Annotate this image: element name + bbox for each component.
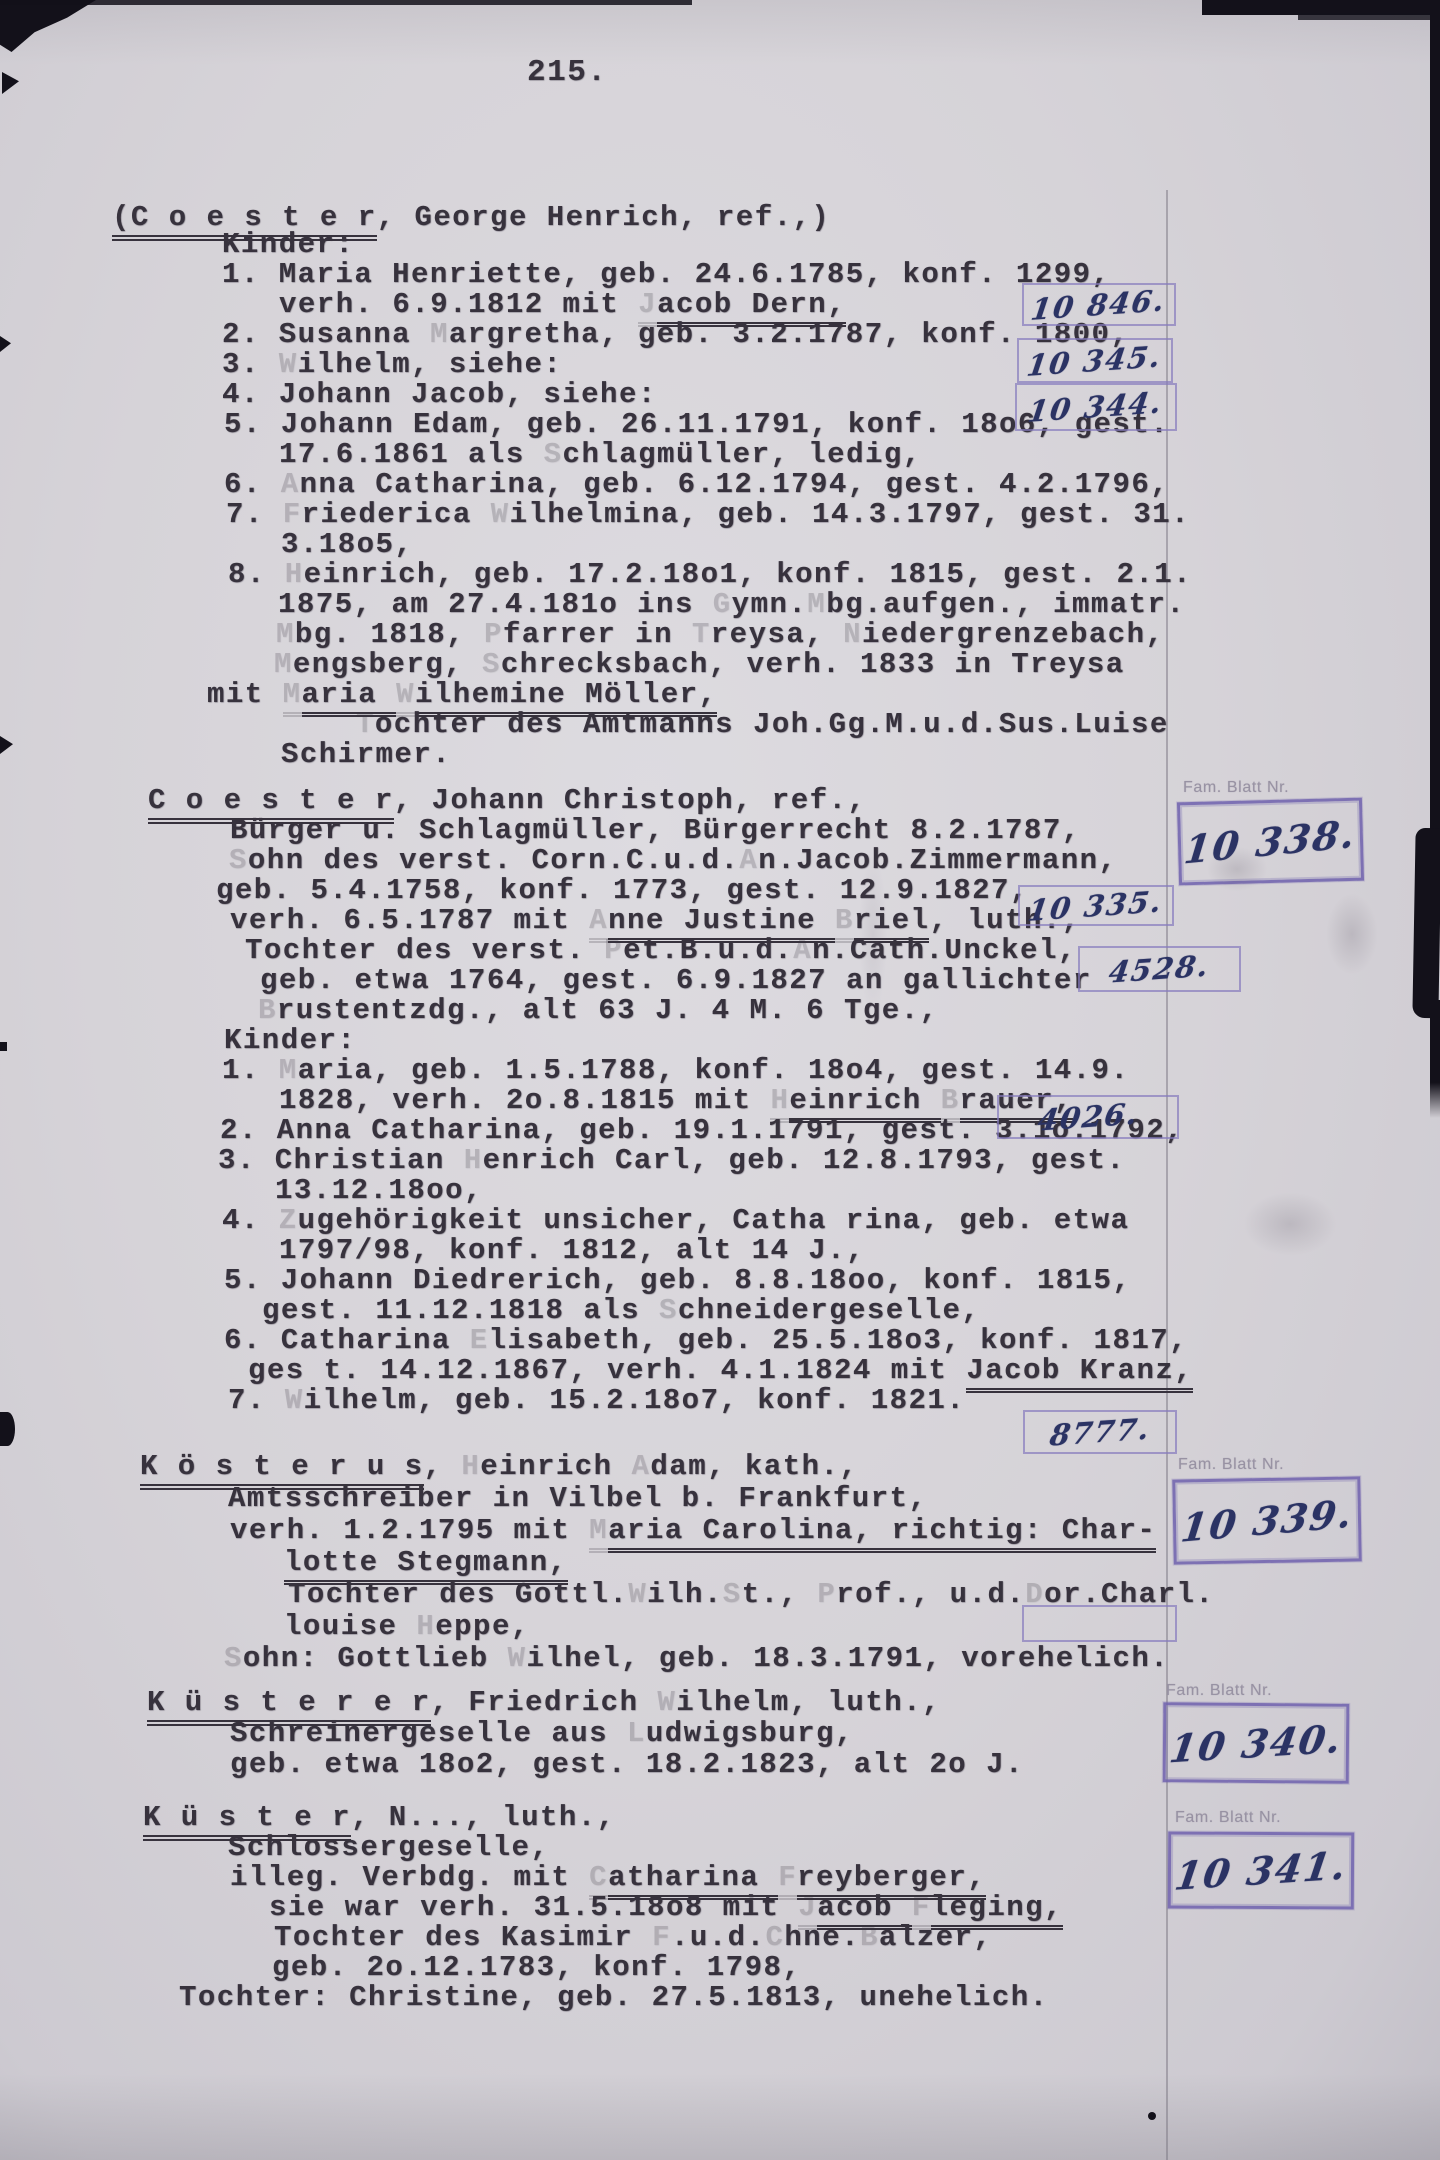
- typewritten-line: 3. Christian Henrich Carl, geb. 12.8.179…: [218, 1146, 1125, 1175]
- text-segment: riederica: [302, 498, 491, 531]
- text-segment: M: [430, 318, 449, 351]
- scan-artifact-mark: [0, 736, 13, 754]
- text-segment: T: [692, 618, 711, 651]
- text-segment: et.B.u.d.: [623, 934, 793, 967]
- text-segment: ilhelm, siehe:: [298, 348, 563, 381]
- scan-artifact-mark: [0, 1042, 7, 1051]
- scan-artifact-mark: [0, 336, 11, 352]
- text-segment: verh. 6.9.1812 mit: [279, 288, 638, 321]
- text-segment: 7.: [228, 1384, 285, 1417]
- typewritten-line: geb. etwa 18o2, gest. 18.2.1823, alt 2o …: [230, 1750, 1024, 1779]
- section-heading: K ö s t e r u s, Heinrich Adam, kath.,: [140, 1452, 858, 1481]
- text-segment: S: [482, 648, 501, 681]
- fam-blatt-stamp-box: 10 341.: [1168, 1832, 1354, 1910]
- handwritten-number: 4026.: [1035, 1096, 1140, 1137]
- text-segment: W: [508, 1642, 527, 1675]
- text-segment: .u.d.: [671, 1921, 766, 1954]
- section-heading: (C o e s t e r, George Henrich, ref.,): [112, 203, 830, 232]
- handwritten-number: 10 335.: [1026, 884, 1166, 928]
- text-segment: 13.12.18oo,: [275, 1174, 483, 1207]
- handwritten-number-box: 10 335.: [1018, 885, 1174, 926]
- handwritten-number: 8777.: [1047, 1411, 1152, 1452]
- typewritten-line: 4. Zugehörigkeit unsicher, Catha rina, g…: [222, 1206, 1129, 1235]
- typewritten-line: 5. Johann Diedrerich, geb. 8.8.18oo, kon…: [224, 1266, 1131, 1295]
- scan-artifact-edge: [1430, 1000, 1440, 1118]
- typewritten-line: lotte Stegmann,: [284, 1548, 568, 1577]
- text-segment: A: [739, 844, 758, 877]
- text-segment: iedergrenzebach,: [862, 618, 1164, 651]
- text-segment: geb. 5.4.1758, konf. 1773, gest. 12.9.18…: [216, 874, 1029, 907]
- text-segment: Bürger u. Schlagmüller, Bürgerrecht 8.2.…: [230, 814, 1081, 847]
- text-segment: eppe,: [435, 1610, 530, 1643]
- typewritten-line: 8. Heinrich, geb. 17.2.18o1, konf. 1815,…: [228, 560, 1192, 589]
- text-segment: W: [285, 1384, 304, 1417]
- typewritten-line: verh. 6.5.1787 mit Anne Justine Briel, l…: [230, 906, 1081, 935]
- typewritten-line: 1. Maria Henriette, geb. 24.6.1785, konf…: [222, 260, 1110, 289]
- typewritten-line: 1. Maria, geb. 1.5.1788, konf. 18o4, ges…: [222, 1056, 1129, 1085]
- section-heading: C o e s t e r, Johann Christoph, ref.,: [148, 786, 866, 815]
- typewritten-line: 4. Johann Jacob, siehe:: [222, 380, 657, 409]
- empty-number-box: [1022, 1605, 1177, 1642]
- typewritten-line: Sohn des verst. Corn.C.u.d.An.Jacob.Zimm…: [229, 846, 1117, 875]
- text-segment: ,: [424, 1450, 462, 1483]
- text-segment: W: [279, 348, 298, 381]
- text-segment: einrich: [480, 1450, 631, 1483]
- text-segment: ilhelmina, geb. 14.3.1797, gest. 31.: [510, 498, 1191, 531]
- scan-smudge: [1195, 838, 1279, 900]
- text-segment: ohn: Gottlieb: [243, 1642, 508, 1675]
- typewritten-line: ges t. 14.12.1867, verh. 4.1.1824 mit Ja…: [248, 1356, 1193, 1385]
- text-segment: , Friedrich: [431, 1686, 658, 1719]
- handwritten-number-box: 4026.: [997, 1095, 1179, 1139]
- text-segment: P: [484, 618, 503, 651]
- typewritten-line: Brustentzdg., alt 63 J. 4 M. 6 Tge.,: [258, 996, 939, 1025]
- fam-blatt-stamp-box: 10 339.: [1172, 1476, 1361, 1564]
- text-segment: W: [628, 1578, 647, 1611]
- text-segment: S: [229, 844, 248, 877]
- text-segment: Schlossergeselle,: [228, 1831, 549, 1864]
- text-segment: ilhelm, luth.,: [676, 1686, 941, 1719]
- text-segment: verh. 6.5.1787 mit: [230, 904, 589, 937]
- handwritten-number-box: 8777.: [1023, 1410, 1177, 1454]
- text-segment: P: [817, 1578, 836, 1611]
- typewritten-line: 6. Catharina Elisabeth, geb. 25.5.18o3, …: [224, 1326, 1188, 1355]
- fam-blatt-label: Fam. Blatt Nr.: [1175, 1809, 1281, 1827]
- handwritten-number-box: 10 345.: [1017, 338, 1173, 383]
- text-segment: H: [464, 1144, 483, 1177]
- text-segment: L: [627, 1717, 646, 1750]
- typewritten-line: Schirmer.: [281, 740, 451, 769]
- text-segment: S: [723, 1578, 742, 1611]
- text-segment: B: [860, 1921, 879, 1954]
- text-segment: rof., u.d.: [836, 1578, 1025, 1611]
- typewritten-line: 1797/98, konf. 1812, alt 14 J.,: [279, 1236, 865, 1265]
- text-segment: 4. Johann Jacob, siehe:: [222, 378, 657, 411]
- text-segment: Tochter: Christine, geb. 27.5.1813, uneh…: [179, 1981, 1049, 2014]
- text-segment: Schirmer.: [281, 738, 451, 771]
- fam-blatt-label: Fam. Blatt Nr.: [1178, 1456, 1284, 1474]
- typewritten-line: geb. etwa 1764, gest. 6.9.1827 an gallic…: [260, 966, 1092, 995]
- typewritten-line: 13.12.18oo,: [275, 1176, 483, 1205]
- text-segment: ilhel, geb. 18.3.1791, vorehelich.: [526, 1642, 1169, 1675]
- typewritten-line: Tochter des Amtmanns Joh.Gg.M.u.d.Sus.Lu…: [356, 710, 1169, 739]
- typewritten-line: geb. 5.4.1758, konf. 1773, gest. 12.9.18…: [216, 876, 1029, 905]
- text-segment: Kinder:: [224, 1024, 356, 1057]
- text-segment: 7.: [226, 498, 283, 531]
- scan-artifact-corner: [0, 0, 96, 52]
- scan-artifact-mark: [0, 1412, 15, 1446]
- underlined-name: Jacob Kranz,: [966, 1354, 1193, 1393]
- handwritten-number: 10 344.: [1026, 385, 1166, 429]
- handwritten-number: 10 846.: [1029, 283, 1169, 327]
- text-segment: G: [713, 588, 732, 621]
- typewritten-line: 6. Anna Catharina, geb. 6.12.1794, gest.…: [224, 470, 1169, 499]
- text-segment: T: [356, 708, 375, 741]
- fam-blatt-label: Fam. Blatt Nr.: [1166, 1682, 1272, 1700]
- typewritten-line: Sohn: Gottlieb Wilhel, geb. 18.3.1791, v…: [224, 1644, 1169, 1673]
- text-segment: 3.18o5,: [281, 528, 413, 561]
- text-segment: 17.6.1861 als: [279, 438, 544, 471]
- text-segment: M: [279, 1054, 298, 1087]
- typewritten-line: Schlossergeselle,: [228, 1833, 549, 1862]
- text-segment: W: [657, 1686, 676, 1719]
- typewritten-line: 1828, verh. 2o.8.1815 mit Heinrich Braue…: [279, 1086, 1073, 1115]
- text-segment: enrich Carl, geb. 12.8.1793, gest.: [483, 1144, 1126, 1177]
- text-segment: bg.aufgen., immatr.: [826, 588, 1185, 621]
- text-segment: A: [281, 468, 300, 501]
- text-segment: B: [258, 994, 277, 1027]
- typewritten-line: louise Heppe,: [284, 1612, 530, 1641]
- text-segment: M: [276, 618, 295, 651]
- text-segment: geb. etwa 1764, gest. 6.9.1827 an gallic…: [260, 964, 1092, 997]
- handwritten-number: 10 339.: [1178, 1490, 1356, 1551]
- text-segment: W: [491, 498, 510, 531]
- text-segment: n.Cath.Unckel,: [812, 934, 1077, 967]
- underlined-name: M: [589, 1514, 608, 1553]
- text-segment: chlagmüller, ledig,: [563, 438, 922, 471]
- text-segment: H: [416, 1610, 435, 1643]
- typewritten-line: Tochter des verst. Pet.B.u.d.An.Cath.Unc…: [245, 936, 1077, 965]
- text-segment: ges t. 14.12.1867, verh. 4.1.1824 mit: [248, 1354, 966, 1387]
- text-segment: geb. 2o.12.1783, konf. 1798,: [272, 1951, 801, 1984]
- typewritten-line: 17.6.1861 als Schlagmüller, ledig,: [279, 440, 922, 469]
- text-segment: 3. Christian: [218, 1144, 464, 1177]
- text-segment: , N..., luth.,: [351, 1801, 616, 1834]
- text-segment: ymn.: [732, 588, 808, 621]
- scan-artifact-edge: [0, 0, 692, 5]
- text-segment: illeg. Verbdg. mit: [230, 1861, 589, 1894]
- typewritten-line: sie war verh. 31.5.18o8 mit Jacob Flegin…: [269, 1893, 1063, 1922]
- text-segment: n.Jacob.Zimmermann,: [758, 844, 1117, 877]
- underlined-name: aria Carolina, richtig: Char-: [608, 1514, 1156, 1553]
- text-segment: S: [224, 1642, 243, 1675]
- text-segment: hne.: [784, 1921, 860, 1954]
- typewritten-line: mit Maria Wilhemine Möller,: [207, 680, 717, 709]
- text-segment: , Johann Christoph, ref.,: [394, 784, 867, 817]
- scan-artifact-dot: [1148, 2112, 1156, 2120]
- text-segment: rustentzdg., alt 63 J. 4 M. 6 Tge.,: [277, 994, 939, 1027]
- scanned-document-page: 215. (C o e s t e r, George Henrich, ref…: [0, 0, 1440, 2160]
- handwritten-number: 10 345.: [1025, 339, 1165, 383]
- text-segment: 1828, verh. 2o.8.1815 mit: [279, 1084, 770, 1117]
- handwritten-number-box: 10 344.: [1015, 383, 1177, 431]
- text-segment: E: [470, 1324, 489, 1357]
- text-segment: M: [807, 588, 826, 621]
- typewritten-line: Tochter: Christine, geb. 27.5.1813, uneh…: [179, 1983, 1049, 2012]
- scan-smudge: [854, 828, 892, 1042]
- text-segment: M: [274, 648, 293, 681]
- typewritten-line: Amtsschreiber in Vilbel b. Frankfurt,: [228, 1484, 927, 1513]
- text-segment: verh. 1.2.1795 mit: [230, 1514, 589, 1547]
- typewritten-line: 7. Wilhelm, geb. 15.2.18o7, konf. 1821.: [228, 1386, 965, 1415]
- typewritten-line: Kinder:: [224, 1026, 356, 1055]
- scan-smudge: [1316, 878, 1388, 990]
- text-segment: Tochter des verst.: [245, 934, 604, 967]
- scan-artifact-edge: [1412, 828, 1440, 1018]
- typewritten-line: gest. 11.12.1818 als Schneidergeselle,: [262, 1296, 980, 1325]
- text-segment: 1. Maria Henriette, geb. 24.6.1785, konf…: [222, 258, 1110, 291]
- text-segment: 4.: [222, 1204, 279, 1237]
- text-segment: 3.: [222, 348, 279, 381]
- fam-blatt-label: Fam. Blatt Nr.: [1183, 779, 1289, 797]
- typewritten-line: Schreinergeselle aus Ludwigsburg,: [230, 1719, 854, 1748]
- scan-smudge: [1225, 1180, 1355, 1268]
- text-segment: t.,: [742, 1578, 818, 1611]
- text-segment: 2. Susanna: [222, 318, 430, 351]
- text-segment: louise: [284, 1610, 416, 1643]
- text-segment: 6. Catharina: [224, 1324, 470, 1357]
- text-segment: bg. 1818,: [295, 618, 484, 651]
- text-segment: P: [604, 934, 623, 967]
- text-segment: chrecksbach, verh. 1833 in Treysa: [501, 648, 1125, 681]
- typewritten-line: illeg. Verbdg. mit Catharina Freyberger,: [230, 1863, 986, 1892]
- text-segment: 1.: [222, 1054, 279, 1087]
- scan-artifact-edge: [1298, 13, 1440, 20]
- text-segment: 8.: [228, 558, 285, 591]
- text-segment: , George Henrich, ref.,): [377, 201, 831, 234]
- text-segment: Kinder:: [222, 228, 354, 261]
- section-heading: K ü s t e r, N..., luth.,: [143, 1803, 616, 1832]
- text-segment: H: [461, 1450, 480, 1483]
- text-segment: A: [793, 934, 812, 967]
- typewritten-line: 3. Wilhelm, siehe:: [222, 350, 562, 379]
- text-segment: A: [632, 1450, 651, 1483]
- text-segment: ochter des Amtmanns Joh.Gg.M.u.d.Sus.Lui…: [375, 708, 1169, 741]
- text-segment: dam, kath.,: [650, 1450, 858, 1483]
- handwritten-number-box: 4528.: [1078, 946, 1241, 992]
- typewritten-line: 3.18o5,: [281, 530, 413, 559]
- text-segment: N: [843, 618, 862, 651]
- text-segment: 1875, am 27.4.181o ins: [278, 588, 713, 621]
- typewritten-line: Mengsberg, Schrecksbach, verh. 1833 in T…: [274, 650, 1125, 679]
- text-segment: ilhelm, geb. 15.2.18o7, konf. 1821.: [304, 1384, 966, 1417]
- text-segment: lisabeth, geb. 25.5.18o3, konf. 1817,: [489, 1324, 1188, 1357]
- handwritten-number: 10 341.: [1172, 1842, 1351, 1899]
- typewritten-line: Kinder:: [222, 230, 354, 259]
- text-segment: 5. Johann Diedrerich, geb. 8.8.18oo, kon…: [224, 1264, 1131, 1297]
- typewritten-line: verh. 1.2.1795 mit Maria Carolina, richt…: [230, 1516, 1156, 1545]
- typewritten-line: 1875, am 27.4.181o ins Gymn.Mbg.aufgen.,…: [278, 590, 1185, 619]
- handwritten-number-box: 10 846.: [1022, 283, 1176, 326]
- text-segment: Tochter des Gottl.: [288, 1578, 628, 1611]
- text-segment: mit: [207, 678, 283, 711]
- text-segment: engsberg,: [293, 648, 482, 681]
- text-segment: H: [285, 558, 304, 591]
- text-segment: einrich, geb. 17.2.18o1, konf. 1815, ges…: [304, 558, 1192, 591]
- text-segment: nna Catharina, geb. 6.12.1794, gest. 4.2…: [300, 468, 1170, 501]
- text-segment: Z: [279, 1204, 298, 1237]
- text-segment: aria, geb. 1.5.1788, konf. 18o4, gest. 1…: [298, 1054, 1130, 1087]
- text-segment: Amtsschreiber in Vilbel b. Frankfurt,: [228, 1482, 927, 1515]
- text-segment: gest. 11.12.1818 als: [262, 1294, 659, 1327]
- scan-artifact-mark: [2, 72, 19, 94]
- typewritten-line: geb. 2o.12.1783, konf. 1798,: [272, 1953, 801, 1982]
- text-segment: chneidergeselle,: [678, 1294, 980, 1327]
- section-heading: K ü s t e r e r, Friedrich Wilhelm, luth…: [147, 1688, 941, 1717]
- typewritten-line: verh. 6.9.1812 mit Jacob Dern,: [279, 290, 846, 319]
- text-segment: udwigsburg,: [646, 1717, 854, 1750]
- text-segment: 1797/98, konf. 1812, alt 14 J.,: [279, 1234, 865, 1267]
- fam-blatt-stamp-box: 10 340.: [1163, 1702, 1350, 1784]
- text-segment: Schreinergeselle aus: [230, 1717, 627, 1750]
- handwritten-number: 10 340.: [1166, 1715, 1345, 1771]
- typewritten-line: Bürger u. Schlagmüller, Bürgerrecht 8.2.…: [230, 816, 1081, 845]
- text-segment: S: [659, 1294, 678, 1327]
- text-segment: 6.: [224, 468, 281, 501]
- underlined-name: M: [283, 678, 302, 717]
- typewritten-line: Mbg. 1818, Pfarrer in Treysa, Niedergren…: [276, 620, 1164, 649]
- typewritten-line: 7. Friederica Wilhelmina, geb. 14.3.1797…: [226, 500, 1190, 529]
- text-segment: ugehörigkeit unsicher, Catha rina, geb. …: [298, 1204, 1130, 1237]
- text-segment: ilh.: [647, 1578, 723, 1611]
- text-segment: F: [652, 1921, 671, 1954]
- text-segment: S: [544, 438, 563, 471]
- text-segment: farrer in: [503, 618, 692, 651]
- handwritten-number: 4528.: [1107, 948, 1212, 989]
- typewritten-line: Tochter des Kasimir F.u.d.Chne.Balzer,: [274, 1923, 992, 1952]
- typewritten-line: 2. Susanna Margretha, geb. 3.2.1787, kon…: [222, 320, 1129, 349]
- text-segment: alzer,: [879, 1921, 992, 1954]
- text-segment: Tochter des Kasimir: [274, 1921, 652, 1954]
- text-segment: geb. etwa 18o2, gest. 18.2.1823, alt 2o …: [230, 1748, 1024, 1781]
- text-segment: F: [283, 498, 302, 531]
- text-segment: C: [765, 1921, 784, 1954]
- page-number: 215.: [527, 58, 607, 87]
- text-segment: reysa,: [711, 618, 843, 651]
- scan-artifact-edge: [1430, 0, 1440, 845]
- text-segment: sie war verh. 31.5.18o8 mit: [269, 1891, 798, 1924]
- text-segment: ohn des verst. Corn.C.u.d.: [248, 844, 739, 877]
